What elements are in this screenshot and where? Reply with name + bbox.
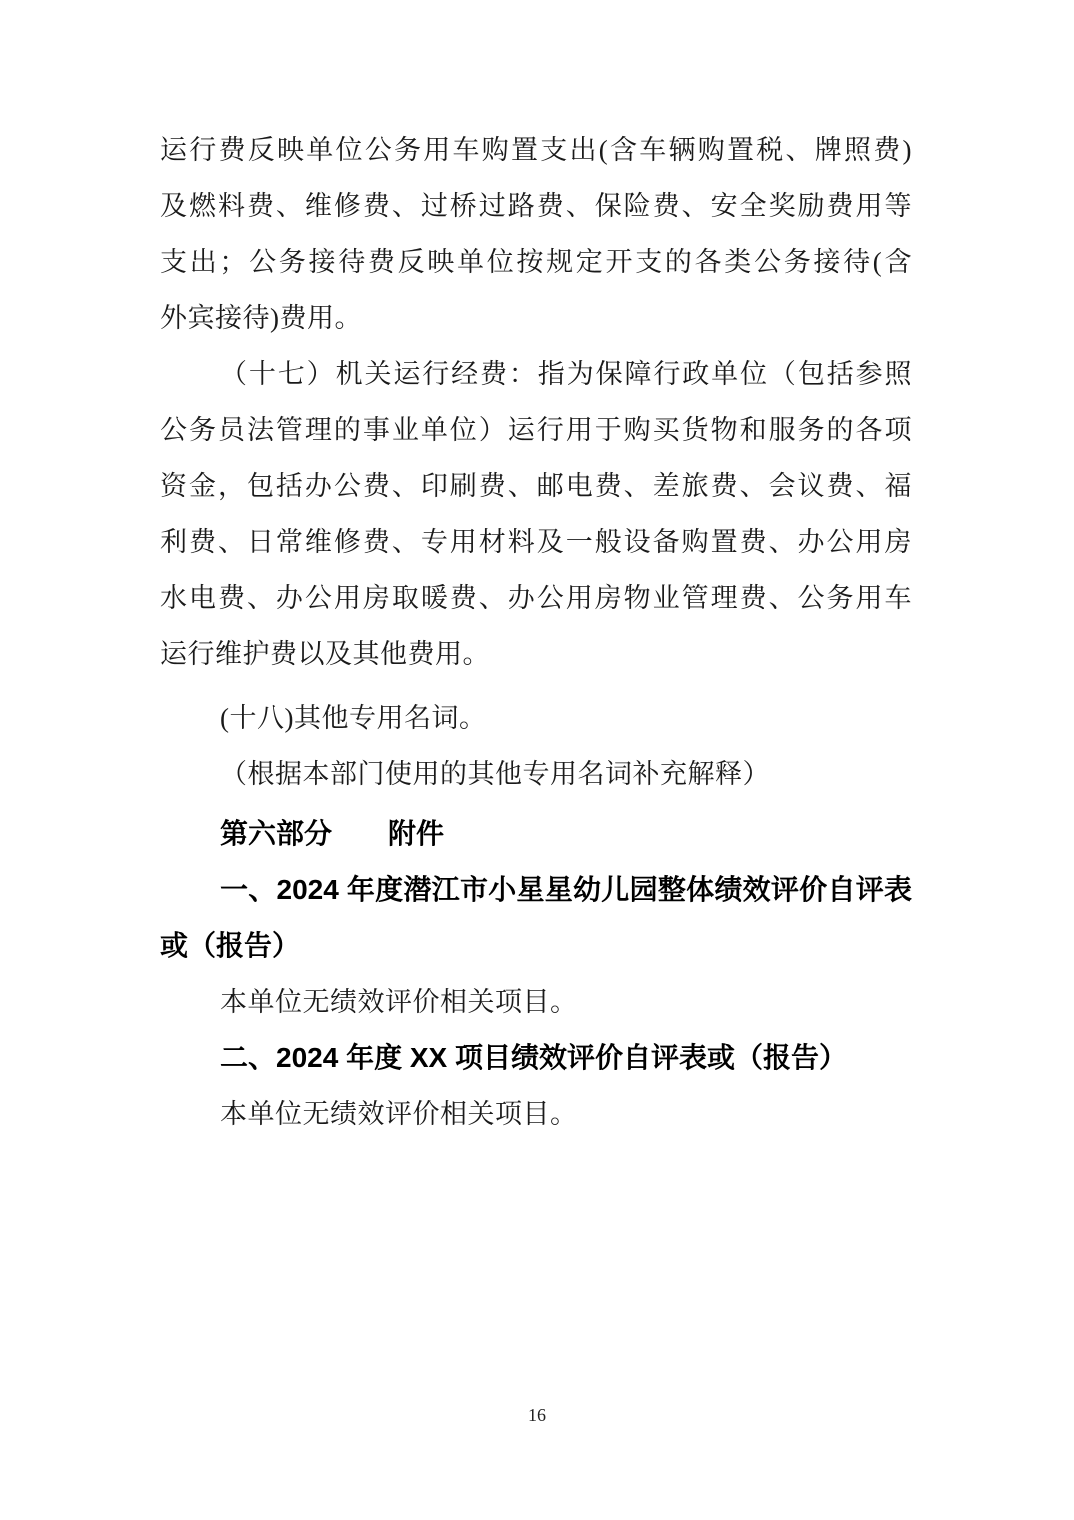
text-line: 水电费、办公用房取暖费、办公用房物业管理费、公务用车 [160,570,912,626]
text-line: 二、2024 年度 XX 项目绩效评价自评表或（报告） [160,1030,912,1086]
heading-part-six-attachments: 第六部分 附件 [160,806,912,862]
para-17-agency-operating-funds: （十七）机关运行经费：指为保障行政单位（包括参照公务员法管理的事业单位）运行用于… [160,346,912,682]
heading-attachment-2: 二、2024 年度 XX 项目绩效评价自评表或（报告） [160,1030,912,1086]
text-line: 及燃料费、维修费、过桥过路费、保险费、安全奖励费用等 [160,178,912,234]
para-no-performance-items-1: 本单位无绩效评价相关项目。 [160,974,912,1030]
document-page: 运行费反映单位公务用车购置支出(含车辆购置税、牌照费)及燃料费、维修费、过桥过路… [0,0,1074,1520]
text-line: 运行费反映单位公务用车购置支出(含车辆购置税、牌照费) [160,122,912,178]
text-line: （十七）机关运行经费：指为保障行政单位（包括参照 [160,346,912,402]
text-line: 利费、日常维修费、专用材料及一般设备购置费、办公用房 [160,514,912,570]
page-number: 16 [0,1401,1074,1429]
para-18-note: （根据本部门使用的其他专用名词补充解释） [160,746,912,802]
text-line: 或（报告） [160,918,912,974]
text-line: 运行维护费以及其他费用。 [160,626,912,682]
para-vehicle-operation-fees: 运行费反映单位公务用车购置支出(含车辆购置税、牌照费)及燃料费、维修费、过桥过路… [160,122,912,346]
text-line: 本单位无绩效评价相关项目。 [160,974,912,1030]
para-no-performance-items-2: 本单位无绩效评价相关项目。 [160,1086,912,1142]
heading-attachment-1: 一、2024 年度潜江市小星星幼儿园整体绩效评价自评表或（报告） [160,862,912,974]
text-line: 第六部分 附件 [160,806,912,862]
para-18-other-terms: (十八)其他专用名词。 [160,690,912,746]
text-line: 资金，包括办公费、印刷费、邮电费、差旅费、会议费、福 [160,458,912,514]
text-line: 支出；公务接待费反映单位按规定开支的各类公务接待(含 [160,234,912,290]
document-content: 运行费反映单位公务用车购置支出(含车辆购置税、牌照费)及燃料费、维修费、过桥过路… [160,122,912,1142]
text-line: 公务员法管理的事业单位）运行用于购买货物和服务的各项 [160,402,912,458]
text-line: (十八)其他专用名词。 [160,690,912,746]
text-line: 一、2024 年度潜江市小星星幼儿园整体绩效评价自评表 [160,862,912,918]
text-line: 本单位无绩效评价相关项目。 [160,1086,912,1142]
text-line: 外宾接待)费用。 [160,290,912,346]
text-line: （根据本部门使用的其他专用名词补充解释） [160,746,912,802]
